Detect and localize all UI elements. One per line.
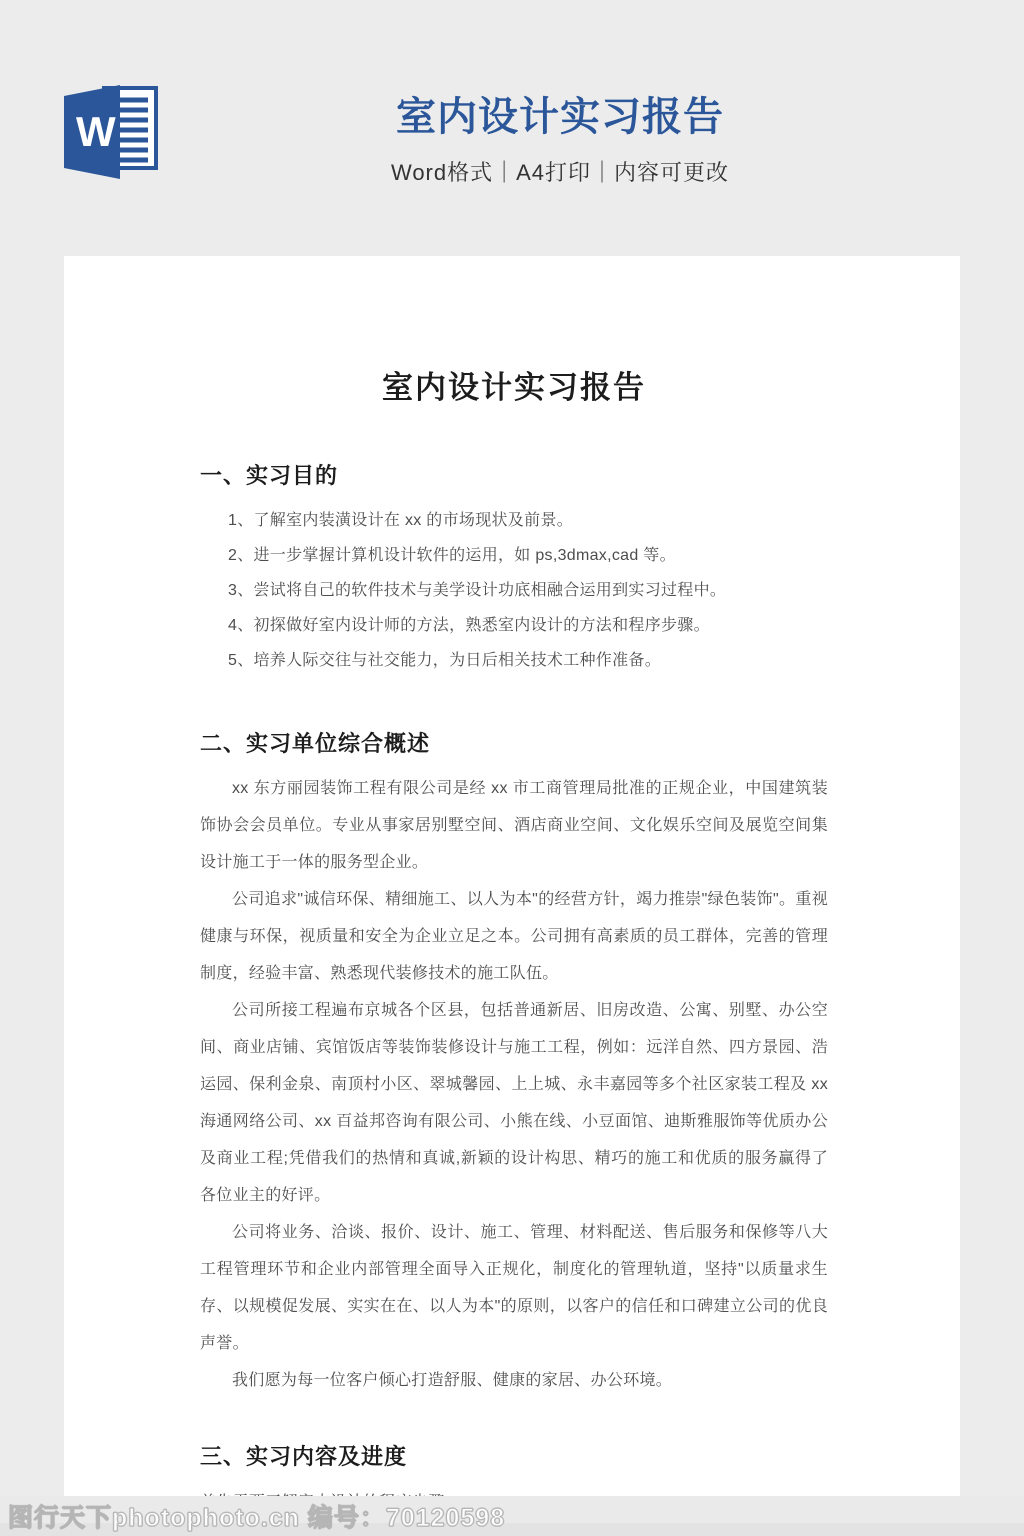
paragraph: 公司追求"诚信环保、精细施工、以人为本"的经营方针，竭力推崇"绿色装饰"。重视健… [200, 881, 828, 992]
section-heading-content: 三、实习内容及进度 [200, 1443, 828, 1472]
list-item: 5、培养人际交往与社交能力，为日后相关技术工种作准备。 [228, 643, 828, 678]
paragraph: 公司所接工程遍布京城各个区县，包括普通新居、旧房改造、公寓、别墅、办公空间、商业… [200, 992, 828, 1214]
template-header: W 室内设计实习报告 Word格式｜A4打印｜内容可更改 [0, 0, 1024, 256]
word-icon: W [58, 80, 162, 184]
goal-list: 1、了解室内装潢设计在 xx 的市场现状及前景。 2、进一步掌握计算机设计软件的… [200, 503, 828, 678]
word-icon-letter: W [76, 108, 116, 155]
template-title: 室内设计实习报告 [96, 94, 1024, 140]
document-title: 室内设计实习报告 [200, 368, 828, 408]
section-heading-goals: 一、实习目的 [200, 462, 828, 491]
watermark-text: 图行天下photophoto.cn 编号：70120598 [0, 1498, 505, 1534]
template-subtitle: Word格式｜A4打印｜内容可更改 [96, 156, 1024, 187]
document-page: 室内设计实习报告 一、实习目的 1、了解室内装潢设计在 xx 的市场现状及前景。… [64, 256, 960, 1520]
watermark-footer: 图行天下photophoto.cn 编号：70120598 [0, 1496, 1024, 1536]
paragraph: 我们愿为每一位客户倾心打造舒服、健康的家居、办公环境。 [200, 1362, 828, 1399]
paragraph: 公司将业务、洽谈、报价、设计、施工、管理、材料配送、售后服务和保修等八大工程管理… [200, 1214, 828, 1362]
list-item: 3、尝试将自己的软件技术与美学设计功底相融合运用到实习过程中。 [228, 573, 828, 608]
list-item: 4、初探做好室内设计师的方法，熟悉室内设计的方法和程序步骤。 [228, 608, 828, 643]
paragraph: xx 东方丽园装饰工程有限公司是经 xx 市工商管理局批准的正规企业，中国建筑装… [200, 770, 828, 881]
list-item: 1、了解室内装潢设计在 xx 的市场现状及前景。 [228, 503, 828, 538]
section-heading-company: 二、实习单位综合概述 [200, 730, 828, 759]
list-item: 2、进一步掌握计算机设计软件的运用，如 ps,3dmax,cad 等。 [228, 538, 828, 573]
